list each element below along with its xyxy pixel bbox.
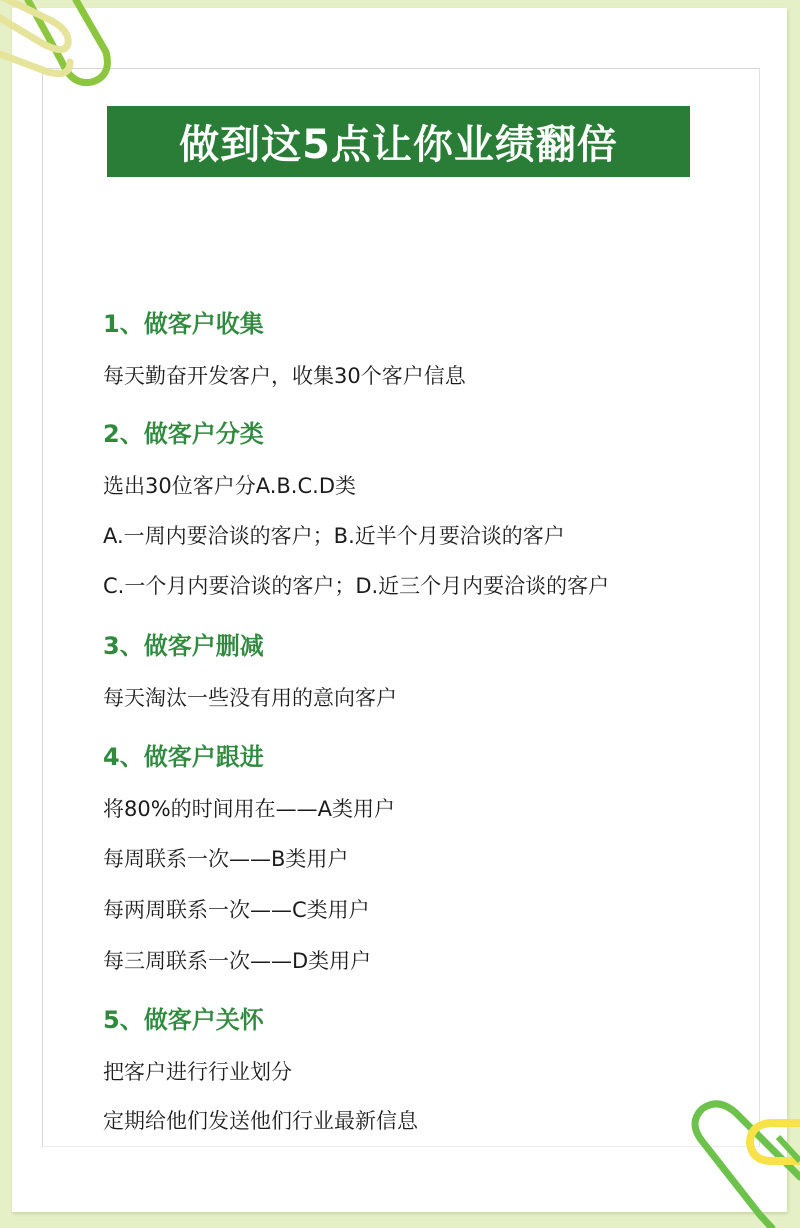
- section-heading-2: 2、做客户分类: [103, 414, 264, 449]
- section-4-line-1: 将80%的时间用在——A类用户: [103, 793, 395, 823]
- title-banner: 做到这5点让你业绩翻倍: [107, 106, 690, 177]
- section-4-line-2: 每周联系一次——B类用户: [103, 843, 348, 873]
- section-5-line-1: 把客户进行行业划分: [103, 1056, 292, 1086]
- section-5-line-2: 定期给他们发送他们行业最新信息: [103, 1105, 418, 1135]
- content-panel: [42, 68, 760, 1147]
- paperclip-top-left-icon: [0, 0, 130, 100]
- section-3-line-1: 每天淘汰一些没有用的意向客户: [103, 682, 397, 712]
- section-4-line-3: 每两周联系一次——C类用户: [103, 894, 370, 924]
- section-4-line-4: 每三周联系一次——D类用户: [103, 945, 371, 975]
- section-2-line-2: A.一周内要洽谈的客户；B.近半个月要洽谈的客户: [103, 520, 565, 550]
- section-heading-1: 1、做客户收集: [103, 304, 264, 339]
- section-heading-5: 5、做客户关怀: [103, 1000, 264, 1035]
- page-title: 做到这5点让你业绩翻倍: [179, 113, 618, 170]
- section-heading-3: 3、做客户删减: [103, 626, 264, 661]
- section-heading-4: 4、做客户跟进: [103, 737, 264, 772]
- section-2-line-1: 选出30位客户分A.B.C.D类: [103, 470, 356, 500]
- paperclip-bottom-right-icon: [680, 1095, 800, 1228]
- section-2-line-3: C.一个月内要洽谈的客户；D.近三个月内要洽谈的客户: [103, 570, 609, 600]
- section-1-line-1: 每天勤奋开发客户，收集30个客户信息: [103, 360, 466, 390]
